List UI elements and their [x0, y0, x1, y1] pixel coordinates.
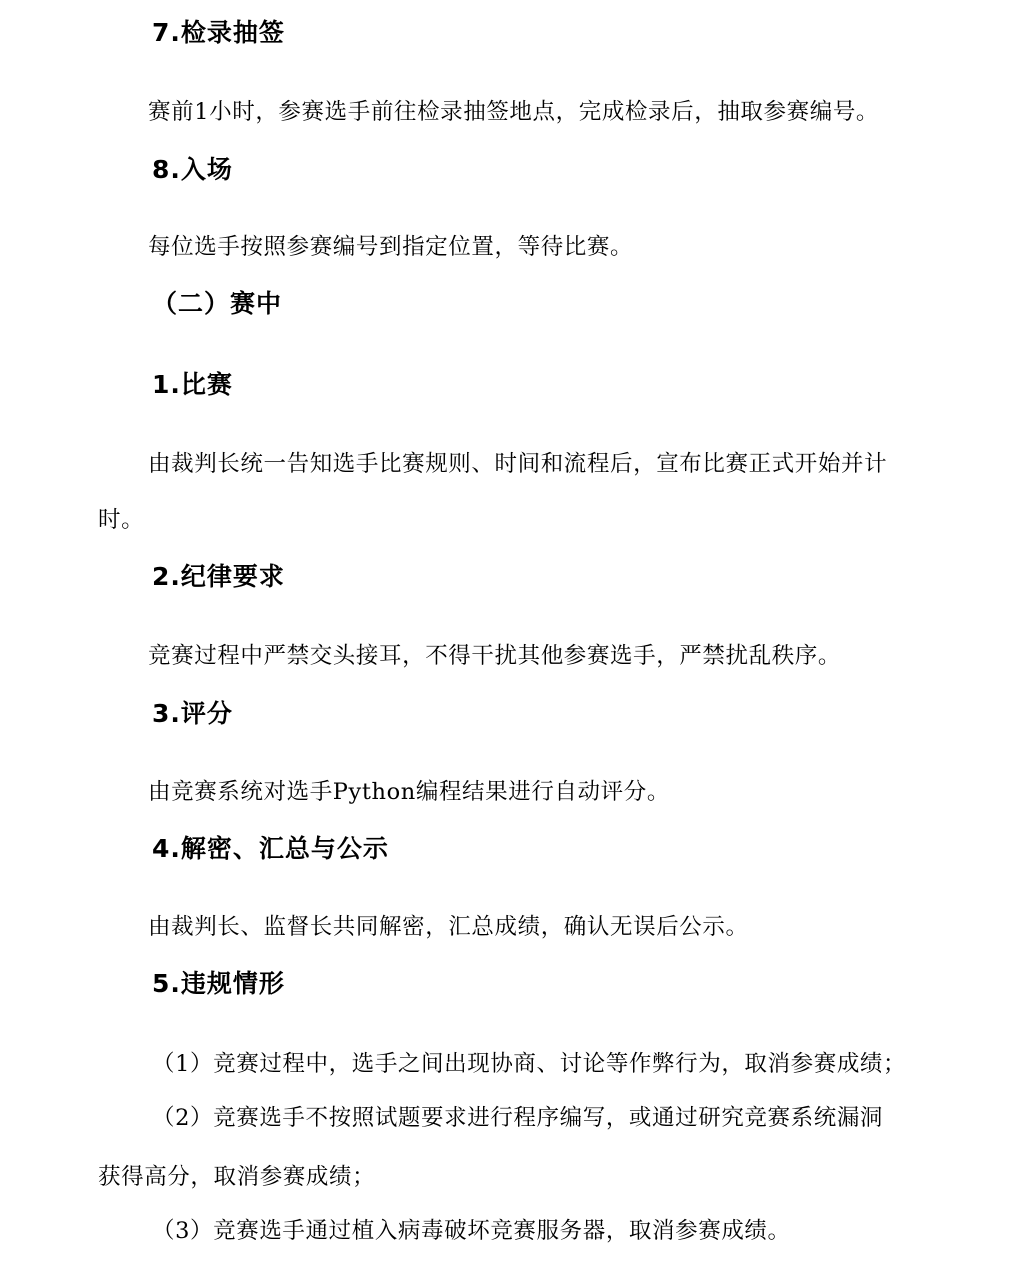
paragraph-entry: 每位选手按照参赛编号到指定位置，等待比赛。 [148, 236, 633, 259]
paragraph-competition: 由裁判长统一告知选手比赛规则、时间和流程后，宣布比赛正式开始并计 [148, 453, 887, 476]
section-heading-entry: 8.入场 [152, 157, 233, 182]
section-heading-discipline: 2.纪律要求 [152, 564, 285, 589]
section-heading-check-in-draw: 7.检录抽签 [152, 20, 285, 45]
violation-item-2: （2）竞赛选手不按照试题要求进行程序编写，或通过研究竞赛系统漏洞 [152, 1107, 883, 1130]
paragraph-scoring: 由竞赛系统对选手Python编程结果进行自动评分。 [148, 781, 670, 804]
violation-item-2-continued: 获得高分，取消参赛成绩； [98, 1166, 375, 1189]
chapter-heading-during-competition: （二）赛中 [152, 291, 282, 316]
section-heading-competition: 1.比赛 [152, 372, 233, 397]
section-heading-scoring: 3.评分 [152, 701, 233, 726]
paragraph-check-in-draw: 赛前1小时，参赛选手前往检录抽签地点，完成检录后，抽取参赛编号。 [148, 101, 879, 124]
paragraph-decrypt-summary: 由裁判长、监督长共同解密，汇总成绩，确认无误后公示。 [148, 916, 749, 939]
paragraph-discipline: 竞赛过程中严禁交头接耳，不得干扰其他参赛选手，严禁扰乱秩序。 [148, 645, 841, 668]
violation-item-3: （3）竞赛选手通过植入病毒破坏竞赛服务器，取消参赛成绩。 [152, 1220, 791, 1243]
violation-item-1: （1）竞赛过程中，选手之间出现协商、讨论等作弊行为，取消参赛成绩； [152, 1053, 906, 1076]
section-heading-decrypt-summary: 4.解密、汇总与公示 [152, 836, 389, 861]
section-heading-violations: 5.违规情形 [152, 971, 285, 996]
paragraph-competition-continued: 时。 [98, 509, 144, 532]
